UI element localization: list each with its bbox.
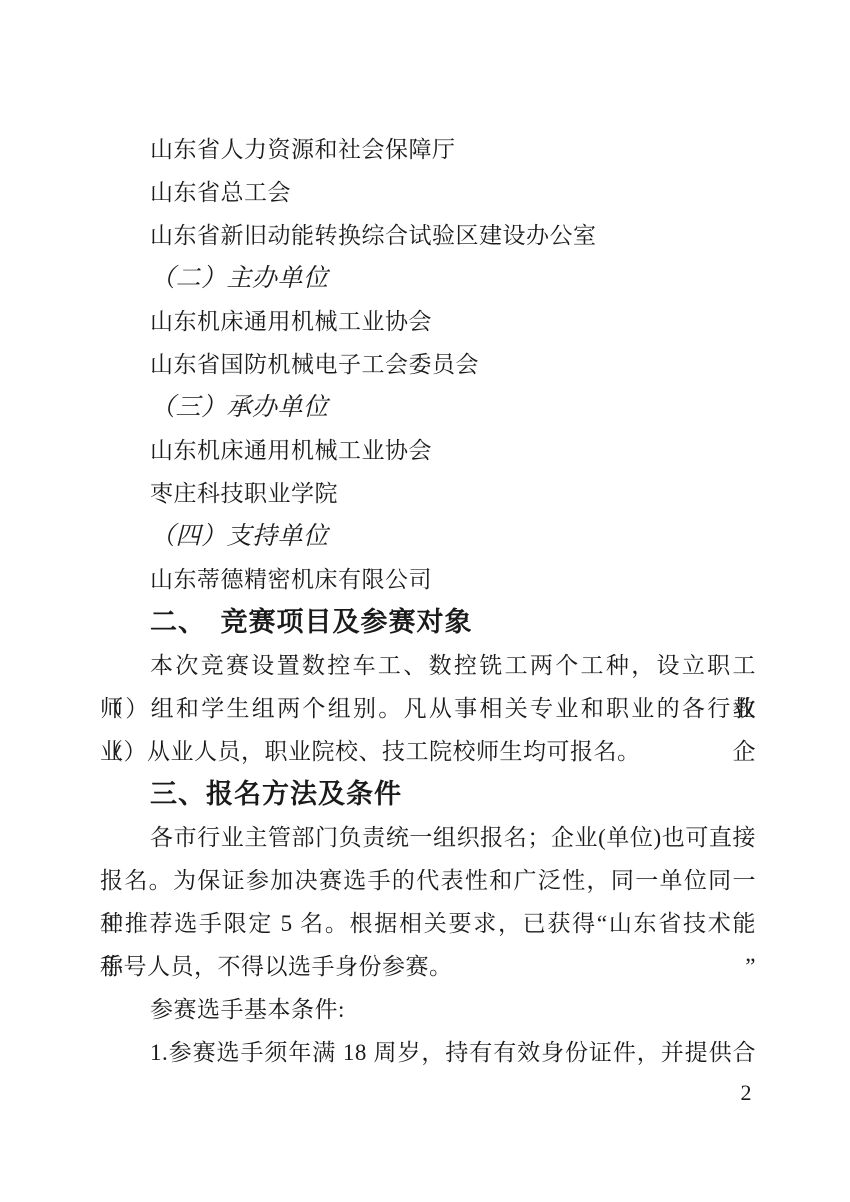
text-line: 山东省国防机械电子工会委员会 bbox=[100, 343, 756, 386]
text-line: 三、报名方法及条件 bbox=[100, 773, 756, 816]
text-line: 种推荐选手限定 5 名。根据相关要求，已获得“山东省技术能手” bbox=[100, 902, 756, 945]
page-number: 2 bbox=[731, 1078, 761, 1108]
text-line: （四）支持单位 bbox=[100, 515, 756, 558]
text-line: 各市行业主管部门负责统一组织报名；企业(单位)也可直接 bbox=[100, 816, 756, 859]
text-line: 报名。为保证参加决赛选手的代表性和广泛性，同一单位同一工 bbox=[100, 859, 756, 902]
text-line: 参赛选手基本条件: bbox=[100, 988, 756, 1031]
text-line: 师）组和学生组两个组别。凡从事相关专业和职业的各行业（企 bbox=[100, 687, 756, 730]
text-line: 枣庄科技职业学院 bbox=[100, 472, 756, 515]
text-line: 二、 竞赛项目及参赛对象 bbox=[100, 601, 756, 644]
document-body: 山东省人力资源和社会保障厅山东省总工会山东省新旧动能转换综合试验区建设办公室（二… bbox=[100, 128, 756, 1074]
text-line: 山东机床通用机械工业协会 bbox=[100, 429, 756, 472]
text-line: 山东蒂德精密机床有限公司 bbox=[100, 558, 756, 601]
document-page: 山东省人力资源和社会保障厅山东省总工会山东省新旧动能转换综合试验区建设办公室（二… bbox=[0, 0, 850, 1202]
text-line: 1.参赛选手须年满 18 周岁，持有有效身份证件，并提供合 bbox=[100, 1031, 756, 1074]
text-line: 山东省总工会 bbox=[100, 171, 756, 214]
text-line: （三）承办单位 bbox=[100, 386, 756, 429]
text-line: 本次竞赛设置数控车工、数控铣工两个工种，设立职工（教 bbox=[100, 644, 756, 687]
text-line: 山东机床通用机械工业协会 bbox=[100, 300, 756, 343]
text-line: 山东省人力资源和社会保障厅 bbox=[100, 128, 756, 171]
text-line: 山东省新旧动能转换综合试验区建设办公室 bbox=[100, 214, 756, 257]
text-line: （二）主办单位 bbox=[100, 257, 756, 300]
